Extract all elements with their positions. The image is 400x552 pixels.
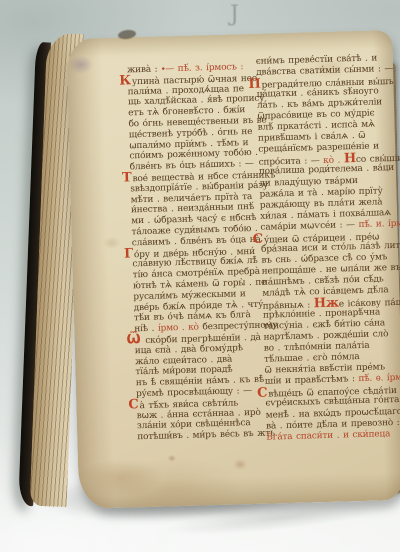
rubric-text: пѣ́. и. і́рмо. — [358, 218, 400, 229]
ink-text: жива̀ : — [127, 65, 158, 76]
photo-of-manuscript: J жива̀ : ∙— пѣ́. з. і́рмосъ :Купина̀ па… — [0, 0, 400, 552]
rubric-text: пѣ́. ѳ. і́рмо: — [358, 373, 400, 384]
manuscript-line: Бга́та спаси́ти . и ски́пеца — [266, 429, 396, 444]
rubric-text: Бга́та спаси́ти . и ски́пеца — [266, 429, 390, 442]
manuscript-line: потѣши́въ . ми́ръ ве́сь въ жть — [137, 429, 267, 443]
rubric-text: і́рмо . ко̀ — [158, 323, 203, 334]
parchment-page: жива̀ : ∙— пѣ́. з. і́рмосъ :Купина̀ паст… — [66, 30, 400, 509]
text-column-left: жива̀ : ∙— пѣ́. з. і́рмосъ :Купина̀ паст… — [127, 62, 268, 443]
backdrop-j-mark: J — [230, 2, 239, 27]
text-column-right: єни́мъ преве́стїи сва́тѣ . идва́вства св… — [256, 53, 397, 443]
